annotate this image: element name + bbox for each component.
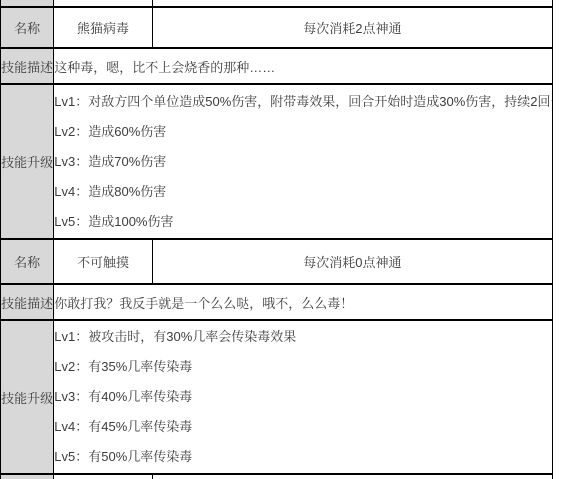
skill1-name-row: 名称 熊猫病毒 每次消耗2点神通 (1, 7, 553, 48)
cutoff-cell (152, 0, 552, 7)
skill1-level-line: Lv1：对敌方四个单位造成50%伤害，附带毒效果，回合开始时造成30%伤害，持续… (54, 87, 552, 117)
skill1-level-line: Lv4：造成80%伤害 (54, 177, 552, 207)
skill1-name-value: 熊猫病毒 (54, 7, 153, 48)
skill2-upgrade-row: 技能升级 Lv1：被攻击时，有30%几率会传染毒效果 Lv2：有35%几率传染毒… (1, 320, 553, 474)
skill2-level-line: Lv4：有45%几率传染毒 (54, 412, 552, 442)
skill1-level-line: Lv3：造成70%伤害 (54, 147, 552, 177)
skill2-upgrade-label: 技能升级 (1, 320, 54, 474)
cutoff-cell (54, 0, 153, 7)
skill2-level-line: Lv5：有50%几率传染毒 (54, 442, 552, 472)
skill2-name-label: 名称 (1, 239, 54, 284)
skill2-level-line: Lv2：有35%几率传染毒 (54, 352, 552, 382)
cutoff-label-cell (1, 474, 54, 479)
wiki-skill-page: 名称 熊猫病毒 每次消耗2点神通 技能描述 这种毒，嗯，比不上会烧香的那种…… … (0, 0, 564, 479)
cutoff-label-cell (1, 0, 54, 7)
cutoff-cell (54, 474, 153, 479)
skill1-level-line: Lv2：造成60%伤害 (54, 117, 552, 147)
skill2-level-line: Lv1：被攻击时，有30%几率会传染毒效果 (54, 322, 552, 352)
skill2-desc-label: 技能描述 (1, 284, 54, 320)
skill2-desc-value: 你敢打我？我反手就是一个么么哒，哦不，么么毒！ (54, 284, 553, 320)
skill-table: 名称 熊猫病毒 每次消耗2点神通 技能描述 这种毒，嗯，比不上会烧香的那种…… … (0, 0, 553, 479)
skill2-name-row: 名称 不可触摸 每次消耗0点神通 (1, 239, 553, 284)
skill2-cost-value: 每次消耗0点神通 (152, 239, 552, 284)
skill1-upgrade-label: 技能升级 (1, 84, 54, 239)
skill1-level-line: Lv5：造成100%伤害 (54, 207, 552, 237)
skill1-name-label: 名称 (1, 7, 54, 48)
skill1-upgrade-levels: Lv1：对敌方四个单位造成50%伤害，附带毒效果，回合开始时造成30%伤害，持续… (54, 84, 553, 239)
skill1-desc-value: 这种毒，嗯，比不上会烧香的那种…… (54, 48, 553, 84)
skill1-upgrade-row: 技能升级 Lv1：对敌方四个单位造成50%伤害，附带毒效果，回合开始时造成30%… (1, 84, 553, 239)
skill2-name-value: 不可触摸 (54, 239, 153, 284)
cutoff-row-top (1, 0, 553, 7)
skill1-desc-row: 技能描述 这种毒，嗯，比不上会烧香的那种…… (1, 48, 553, 84)
skill2-level-line: Lv3：有40%几率传染毒 (54, 382, 552, 412)
skill1-cost-value: 每次消耗2点神通 (152, 7, 552, 48)
skill1-desc-label: 技能描述 (1, 48, 54, 84)
skill2-upgrade-levels: Lv1：被攻击时，有30%几率会传染毒效果 Lv2：有35%几率传染毒 Lv3：… (54, 320, 553, 474)
cutoff-row-bottom (1, 474, 553, 479)
skill2-desc-row: 技能描述 你敢打我？我反手就是一个么么哒，哦不，么么毒！ (1, 284, 553, 320)
cutoff-cell (152, 474, 552, 479)
